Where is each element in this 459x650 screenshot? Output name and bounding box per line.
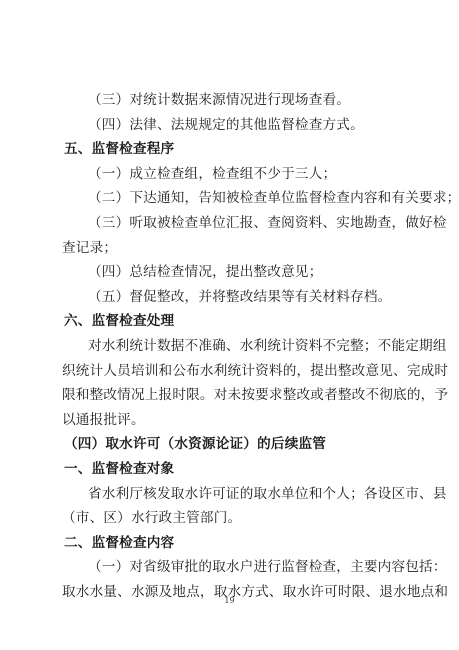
- document-body: （三）对统计数据来源情况进行现场查看。 （四）法律、法规规定的其他监督检查方式。…: [62, 88, 402, 604]
- paragraph-line: 织统计人员培训和公布水利统计资料的，提出整改意见、完成时: [62, 359, 402, 384]
- paragraph-line: 对水利统计数据不准确、水利统计资料不完整；不能定期组: [62, 334, 402, 359]
- paragraph-line: （三）对统计数据来源情况进行现场查看。: [62, 88, 402, 113]
- document-page: （三）对统计数据来源情况进行现场查看。 （四）法律、法规规定的其他监督检查方式。…: [0, 0, 459, 650]
- paragraph-line: （三）听取被检查单位汇报、查阅资料、实地勘查，做好检: [62, 211, 402, 236]
- paragraph-line: （四）法律、法规规定的其他监督检查方式。: [62, 113, 402, 138]
- section-heading-content: 二、监督检查内容: [62, 531, 402, 556]
- section-heading-targets: 一、监督检查对象: [62, 457, 402, 482]
- paragraph-line: （市、区）水行政主管部门。: [62, 506, 402, 531]
- section-heading-handling: 六、监督检查处理: [62, 309, 402, 334]
- paragraph-line: 限和整改情况上报时限。对未按要求整改或者整改不彻底的，予: [62, 383, 402, 408]
- paragraph-line: （一）对省级审批的取水户进行监督检查，主要内容包括：: [62, 555, 402, 580]
- page-number: 19: [0, 596, 459, 605]
- chapter-heading-water-permit: （四）取水许可（水资源论证）的后续监管: [62, 432, 402, 457]
- paragraph-line: （二）下达通知，告知被检查单位监督检查内容和有关要求；: [62, 186, 402, 211]
- paragraph-line: （一）成立检查组，检查组不少于三人；: [62, 162, 402, 187]
- paragraph-line: （四）总结检查情况，提出整改意见；: [62, 260, 402, 285]
- section-heading-procedure: 五、监督检查程序: [62, 137, 402, 162]
- paragraph-line: 省水利厅核发取水许可证的取水单位和个人；各设区市、县: [62, 482, 402, 507]
- paragraph-line: （五）督促整改，并将整改结果等有关材料存档。: [62, 285, 402, 310]
- paragraph-line: 查记录；: [62, 236, 402, 261]
- paragraph-line: 以通报批评。: [62, 408, 402, 433]
